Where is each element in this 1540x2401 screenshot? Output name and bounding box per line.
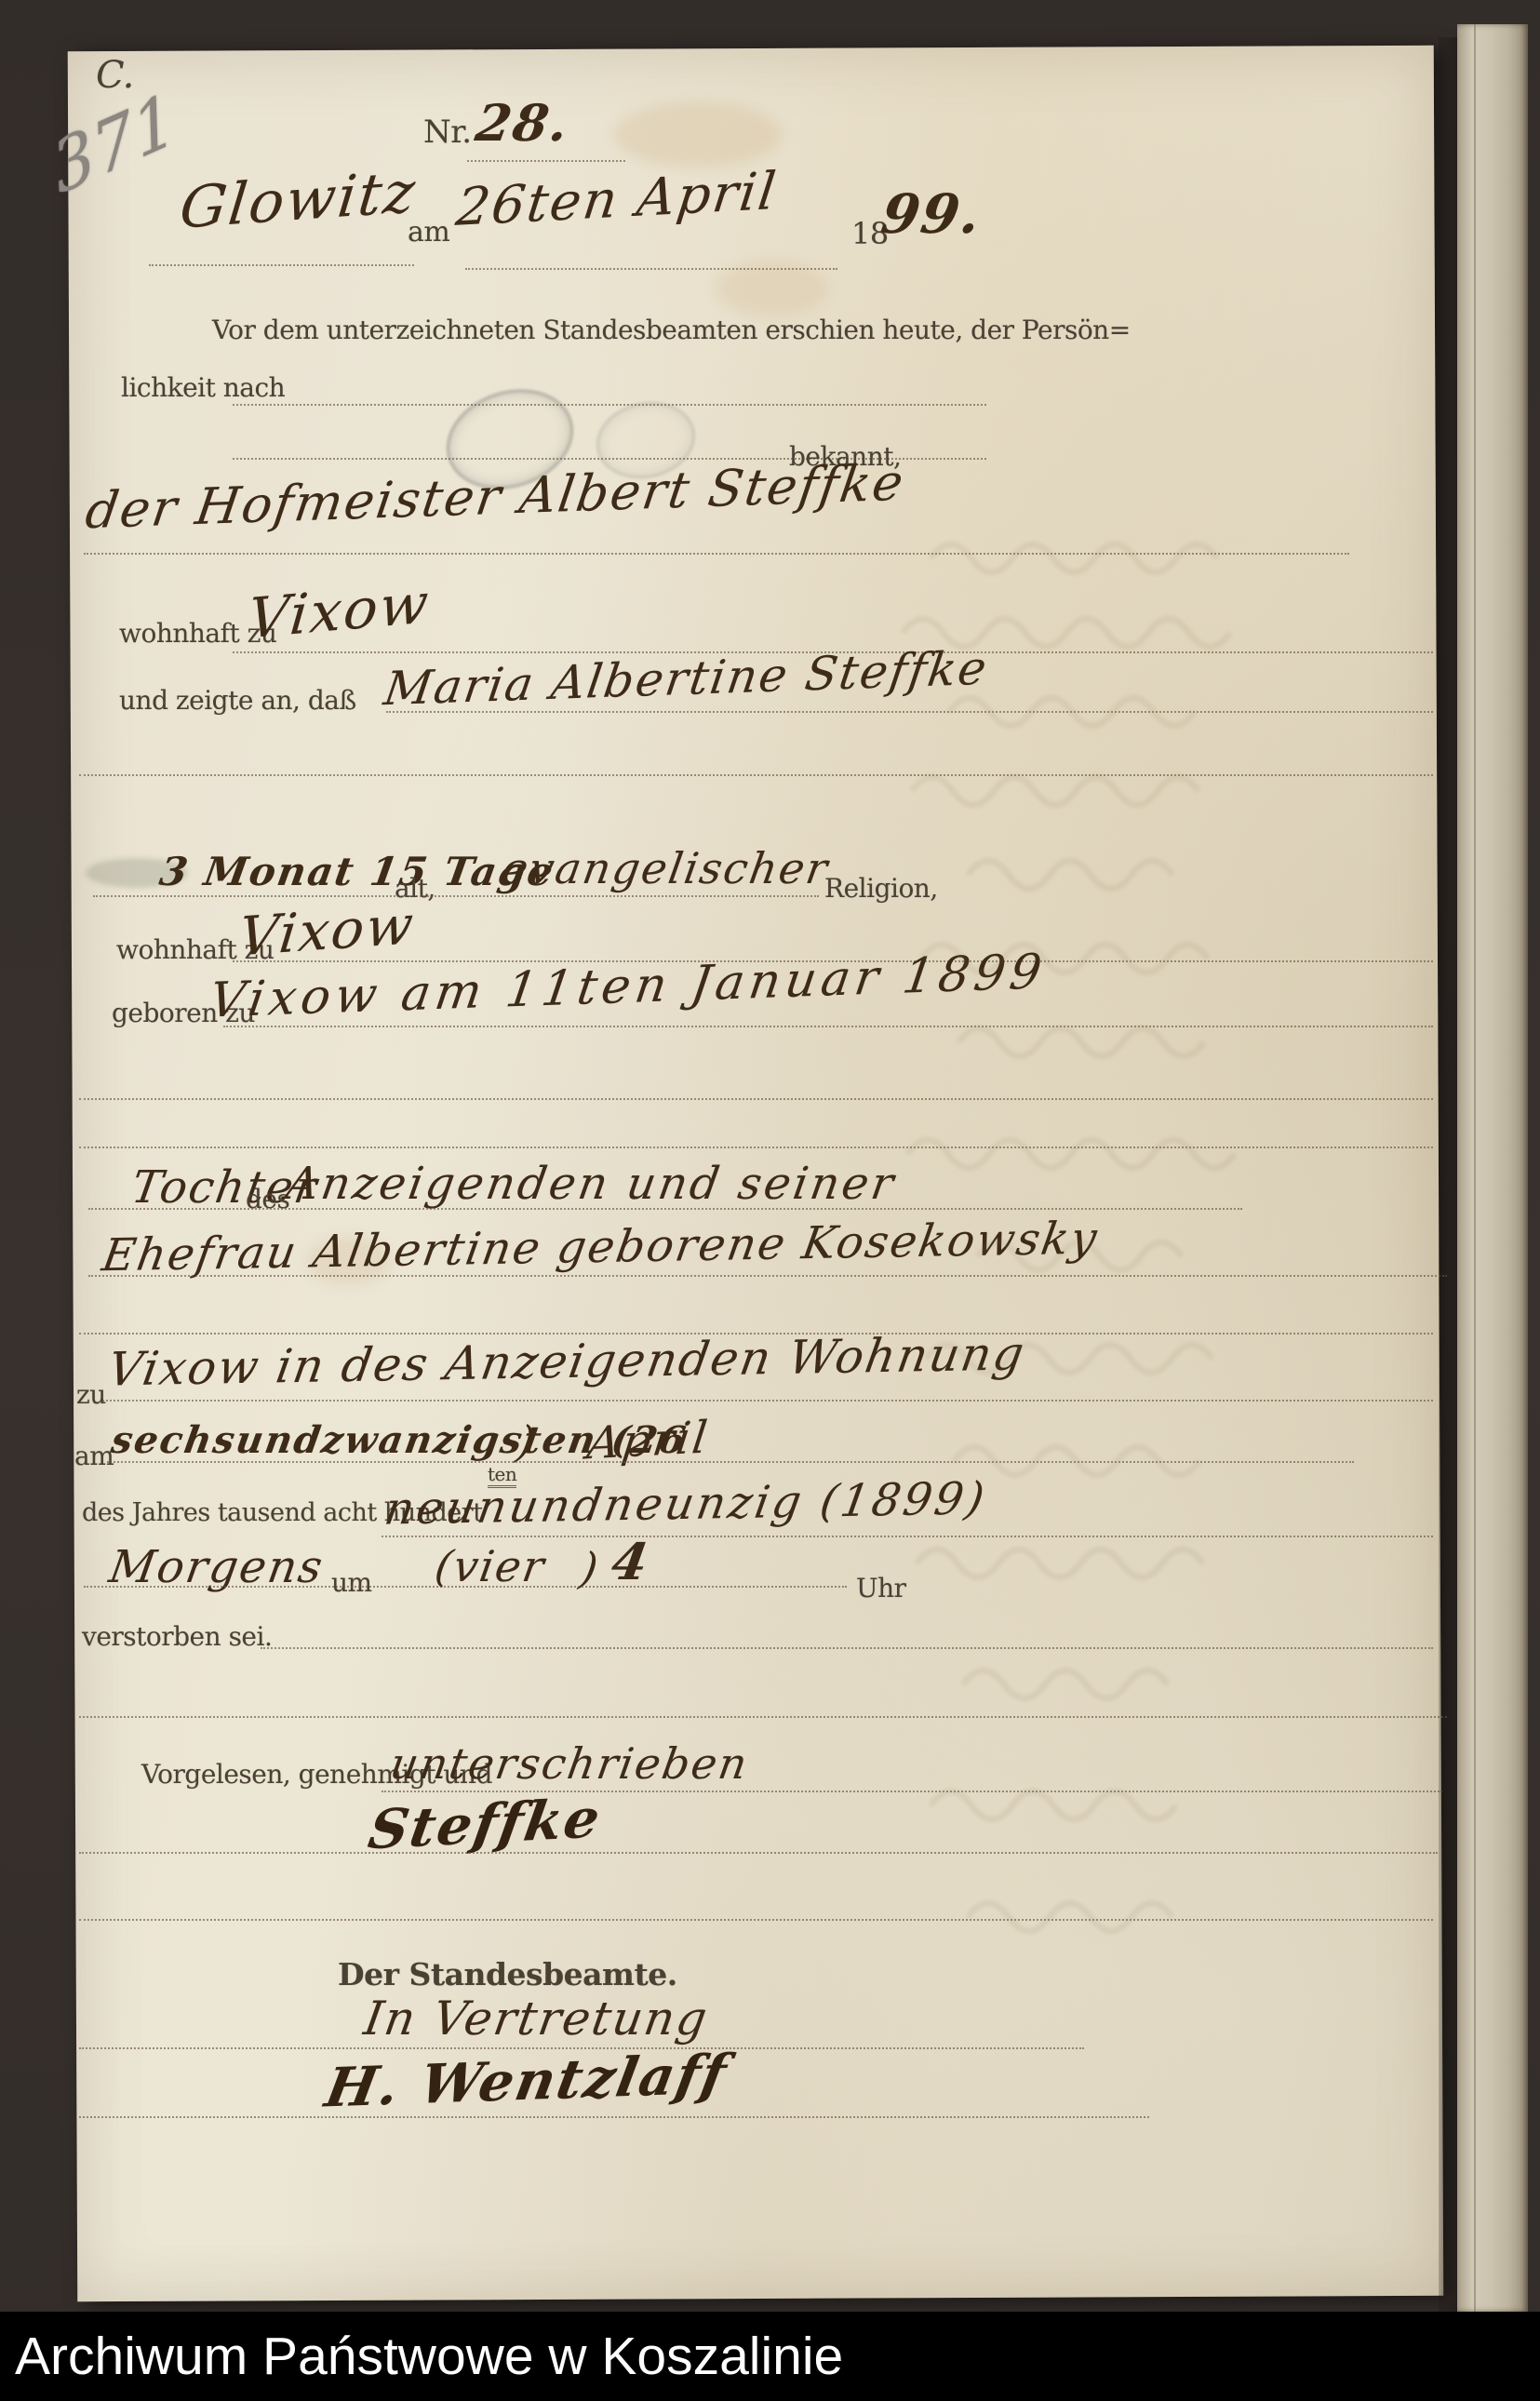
- ink-bleedthrough-decoration: [875, 521, 1442, 2029]
- dotted-rule: [467, 160, 625, 162]
- paper-stain: [614, 102, 782, 168]
- record-number-label: Nr.: [423, 114, 472, 151]
- intro-line1: Vor dem unterzeichneten Standesbeamten e…: [212, 315, 1131, 345]
- reported-label: und zeigte an, daß: [119, 685, 356, 716]
- declarant-signature: Steffke: [364, 1787, 606, 1862]
- died-label: verstorben sei.: [82, 1621, 272, 1652]
- death-day-am-label: am: [74, 1441, 114, 1471]
- archive-watermark-bar: Archiwum Państwowe w Koszalinie: [0, 2312, 1540, 2401]
- closing-value: unterschrieben: [387, 1738, 753, 1789]
- dotted-rule: [79, 2116, 1149, 2118]
- hour-word-value: (vier: [432, 1541, 549, 1591]
- year-value: 99.: [877, 182, 987, 246]
- um-label: um: [331, 1567, 372, 1598]
- deputy-value: In Vertretung: [360, 1992, 712, 2046]
- intro-line2: lichkeit nach: [121, 372, 285, 403]
- dotted-rule: [84, 1586, 847, 1588]
- corner-letter: C.: [96, 54, 134, 97]
- scanned-book-spread: C. 371 Nr. 28. Glowitz am 26ten April 18…: [0, 0, 1540, 2401]
- residence2-value: Vixow: [235, 893, 418, 969]
- archive-watermark-label: Archiwum Państwowe w Koszalinie: [15, 2326, 843, 2387]
- religion-value: evangelischer: [499, 843, 833, 893]
- record-number-value: 28.: [472, 93, 574, 153]
- registrar-label: Der Standesbeamte.: [338, 1956, 677, 1992]
- am-label: am: [408, 216, 449, 248]
- parents-value1: Anzeigenden und seiner: [283, 1158, 900, 1210]
- dotted-rule: [233, 404, 986, 406]
- age-value: 3 Monat 15 Tage: [156, 849, 557, 894]
- dotted-rule: [465, 268, 837, 270]
- adjacent-page-edge: [1457, 24, 1528, 2312]
- dotted-rule: [93, 895, 819, 897]
- dotted-rule: [149, 264, 414, 266]
- death-place-zu-label: zu: [76, 1379, 106, 1410]
